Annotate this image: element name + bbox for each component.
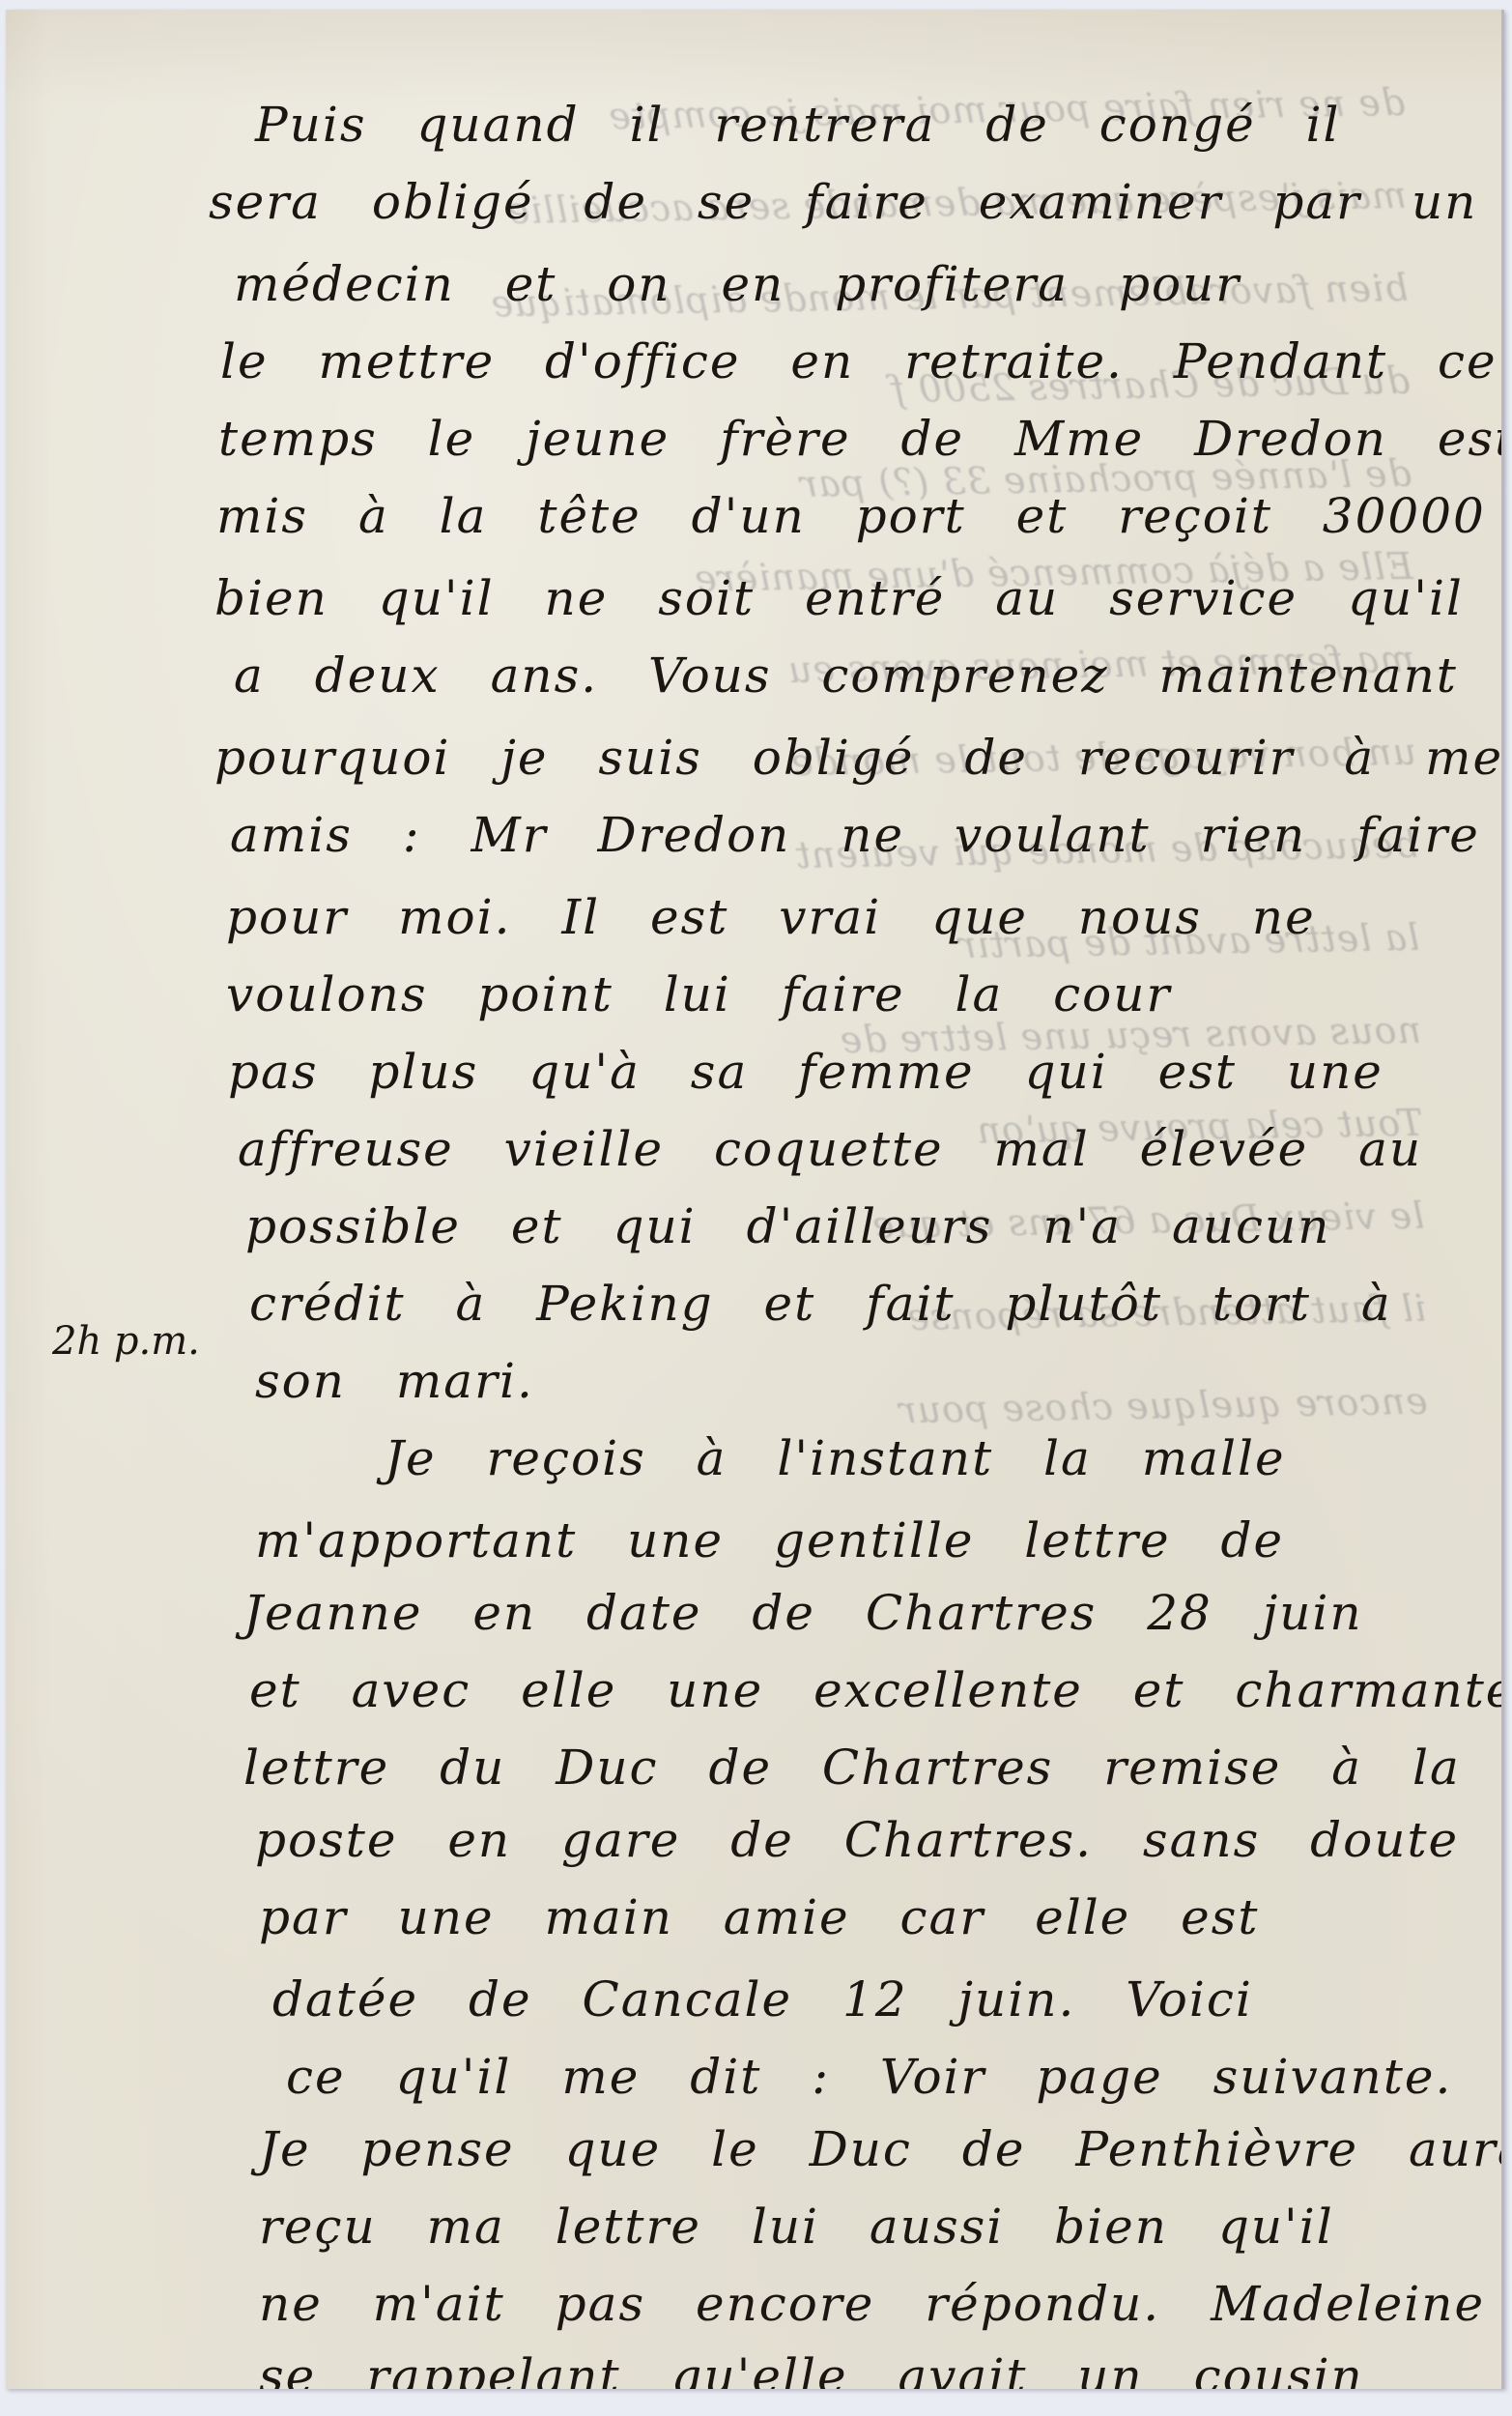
letter-line: pourquoi je suis obligé de recourir à me… [214,730,1504,786]
letter-line: affreuse vieille coquette mal élevée au [238,1121,1422,1177]
letter-line: sera obligé de se faire examiner par un [209,174,1477,230]
letter-line: pas plus qu'à sa femme qui est une [228,1044,1384,1100]
letter-line: datée de Cancale 12 juin. Voici [272,1971,1253,2028]
letter-line: poste en gare de Chartres. sans doute [255,1812,1459,1868]
letter-body: 2h p.m. Puis quand il rentrera de congé … [6,10,1501,2389]
letter-line: Je reçois à l'instant la malle [385,1430,1286,1486]
letter-line: médecin et on en profitera pour [234,256,1241,312]
letter-line: et avec elle une excellente et charmante [249,1662,1504,1718]
letter-line: bien qu'il ne soit entré au service qu'i… [214,570,1504,626]
letter-line: lettre du Duc de Chartres remise à la [243,1740,1461,1796]
letter-line: temps le jeune frère de Mme Dredon est [218,411,1504,467]
letter-line: son mari. [255,1353,534,1409]
letter-line: a deux ans. Vous comprenez maintenant [234,647,1458,704]
letter-page: de ne rien faire pour moi mais je compte… [6,10,1504,2389]
letter-line: ne m'ait pas encore répondu. Madeleine [259,2276,1485,2332]
letter-line: se rappelant qu'elle avait un cousin [259,2348,1364,2389]
letter-line: amis : Mr Dredon ne voulant rien faire [230,807,1480,863]
letter-line: m'apportant une gentille lettre de [255,1512,1284,1568]
letter-line: Puis quand il rentrera de congé il [255,97,1341,153]
letter-line: reçu ma lettre lui aussi bien qu'il [259,2199,1334,2255]
letter-line: possible et qui d'ailleurs n'a aucun [245,1198,1330,1254]
letter-line: ce qu'il me dit : Voir page suivante. [286,2049,1452,2105]
letter-line: Je pense que le Duc de Penthièvre aura [259,2121,1504,2177]
letter-line: le mettre d'office en retraite. Pendant … [220,333,1498,389]
margin-time-note: 2h p.m. [52,1319,200,1364]
letter-line: pour moi. Il est vrai que nous ne [226,889,1316,945]
letter-line: par une main amie car elle est [259,1889,1260,1945]
letter-line: Jeanne en date de Chartres 28 juin [243,1585,1363,1641]
letter-line: mis à la tête d'un port et reçoit 30000 … [216,488,1504,544]
letter-line: voulons point lui faire la cour [226,966,1171,1022]
letter-line: crédit à Peking et fait plutôt tort à [249,1276,1392,1332]
